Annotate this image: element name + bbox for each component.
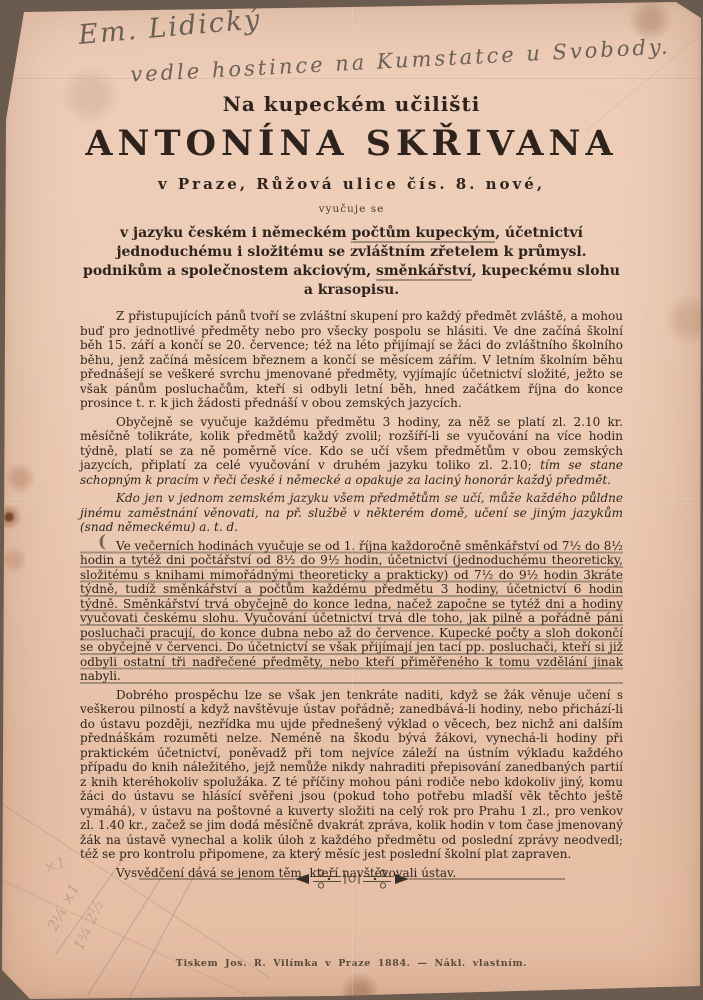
subjects-list: v jazyku českém i německém počtům kupeck…	[80, 224, 623, 300]
paragraph-evening-classes-text: Ve večerních hodinách vyučuje se od 1. ř…	[80, 539, 623, 684]
paragraph-fees: Obyčejně se vyučuje každému předmětu 3 h…	[80, 415, 623, 488]
subjects-underlined-bills: směnkářství	[376, 263, 472, 281]
handwritten-name: Em. Lidický	[77, 4, 263, 51]
school-address: v Praze, Růžová ulice čís. 8. nové,	[80, 175, 623, 193]
paragraph-attendance: Dobrého prospěchu lze se však jen tenkrá…	[80, 688, 623, 862]
teaches-label: vyučuje se	[80, 203, 623, 215]
paragraph-single-language: Kdo jen v jednom zemském jazyku všem pře…	[80, 491, 623, 535]
flyer-photo: { "handwriting": { "line1": "Em. Lidický…	[0, 0, 703, 1000]
pretitle: Na kupeckém učilišti	[80, 92, 623, 116]
margin-pencil-note: ×1	[42, 853, 69, 877]
subjects-segment: v jazyku českém i německém	[120, 225, 351, 241]
subjects-underlined-merchant-arithmetic: počtům kupeckým	[351, 225, 495, 243]
printed-content: Na kupeckém učilišti ANTONÍNA SKŘIVANA v…	[80, 92, 623, 884]
body-text: Z přistupujících pánů tvoří se zvláštní …	[80, 309, 623, 880]
pencil-bracket-mark: (	[98, 535, 106, 550]
page-title: ANTONÍNA SKŘIVANA	[80, 122, 623, 166]
aged-paper-sheet: Em. Lidický vedle hostince na Kumstatce …	[0, 0, 703, 1000]
horizontal-fold-crease	[0, 78, 703, 79]
divider-ornament-icon	[137, 868, 567, 890]
handwritten-address-note: vedle hostince na Kumstatce u Svobody.	[130, 33, 690, 86]
paragraph-enrollment: Z přistupujících pánů tvoří se zvláštní …	[80, 309, 623, 411]
paragraph-evening-classes: (Ve večerních hodinách vyučuje se od 1. …	[80, 539, 623, 684]
